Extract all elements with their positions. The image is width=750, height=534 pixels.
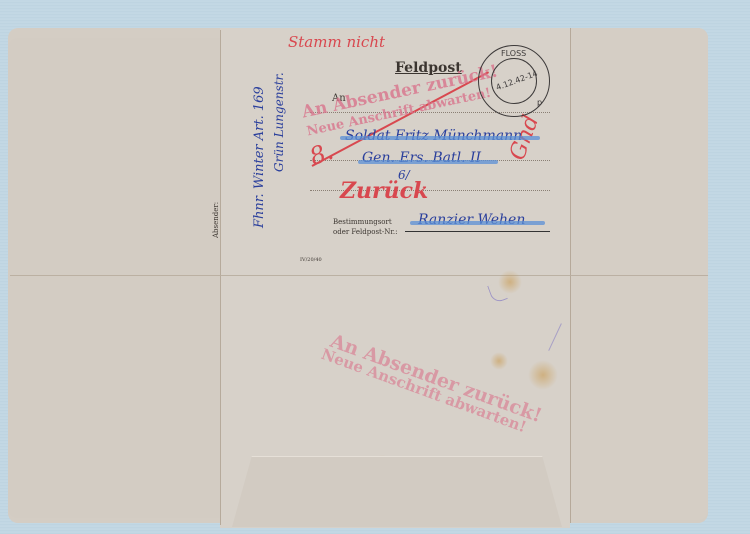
red-annotation-middle: Zurück [340, 178, 428, 204]
red-annotation-top: Stamm nicht [288, 33, 385, 51]
stain [528, 360, 558, 390]
blue-strikethrough [410, 221, 545, 225]
destination-label: Bestimmungsort [333, 218, 392, 226]
sender-line-2: Grün Lungenstr. [272, 72, 286, 172]
fieldpost-number-label: oder Feldpost-Nr.: [333, 228, 398, 236]
postmark-town: FLOSS [501, 49, 526, 58]
right-panel [570, 28, 708, 520]
destination-line [405, 231, 550, 232]
postmark-letter: p [537, 98, 542, 107]
sender-label: Absender: [212, 202, 220, 238]
destination-handwriting: Ranzier Wehen [418, 212, 525, 228]
left-panel [8, 38, 220, 518]
sender-line-1: Fhnr. Winter Art. 169 [252, 86, 267, 228]
blue-strikethrough [340, 136, 540, 140]
fold-line-left [220, 30, 221, 525]
form-number: IV/20/40 [300, 257, 322, 263]
stain [490, 352, 508, 370]
blue-strikethrough [358, 160, 498, 164]
recipient-line-3: 6/ [398, 168, 410, 182]
fold-line-horizontal [10, 275, 708, 276]
postmark: FLOSS 4.12.42-14 p [478, 45, 550, 117]
envelope-flap [232, 456, 562, 527]
